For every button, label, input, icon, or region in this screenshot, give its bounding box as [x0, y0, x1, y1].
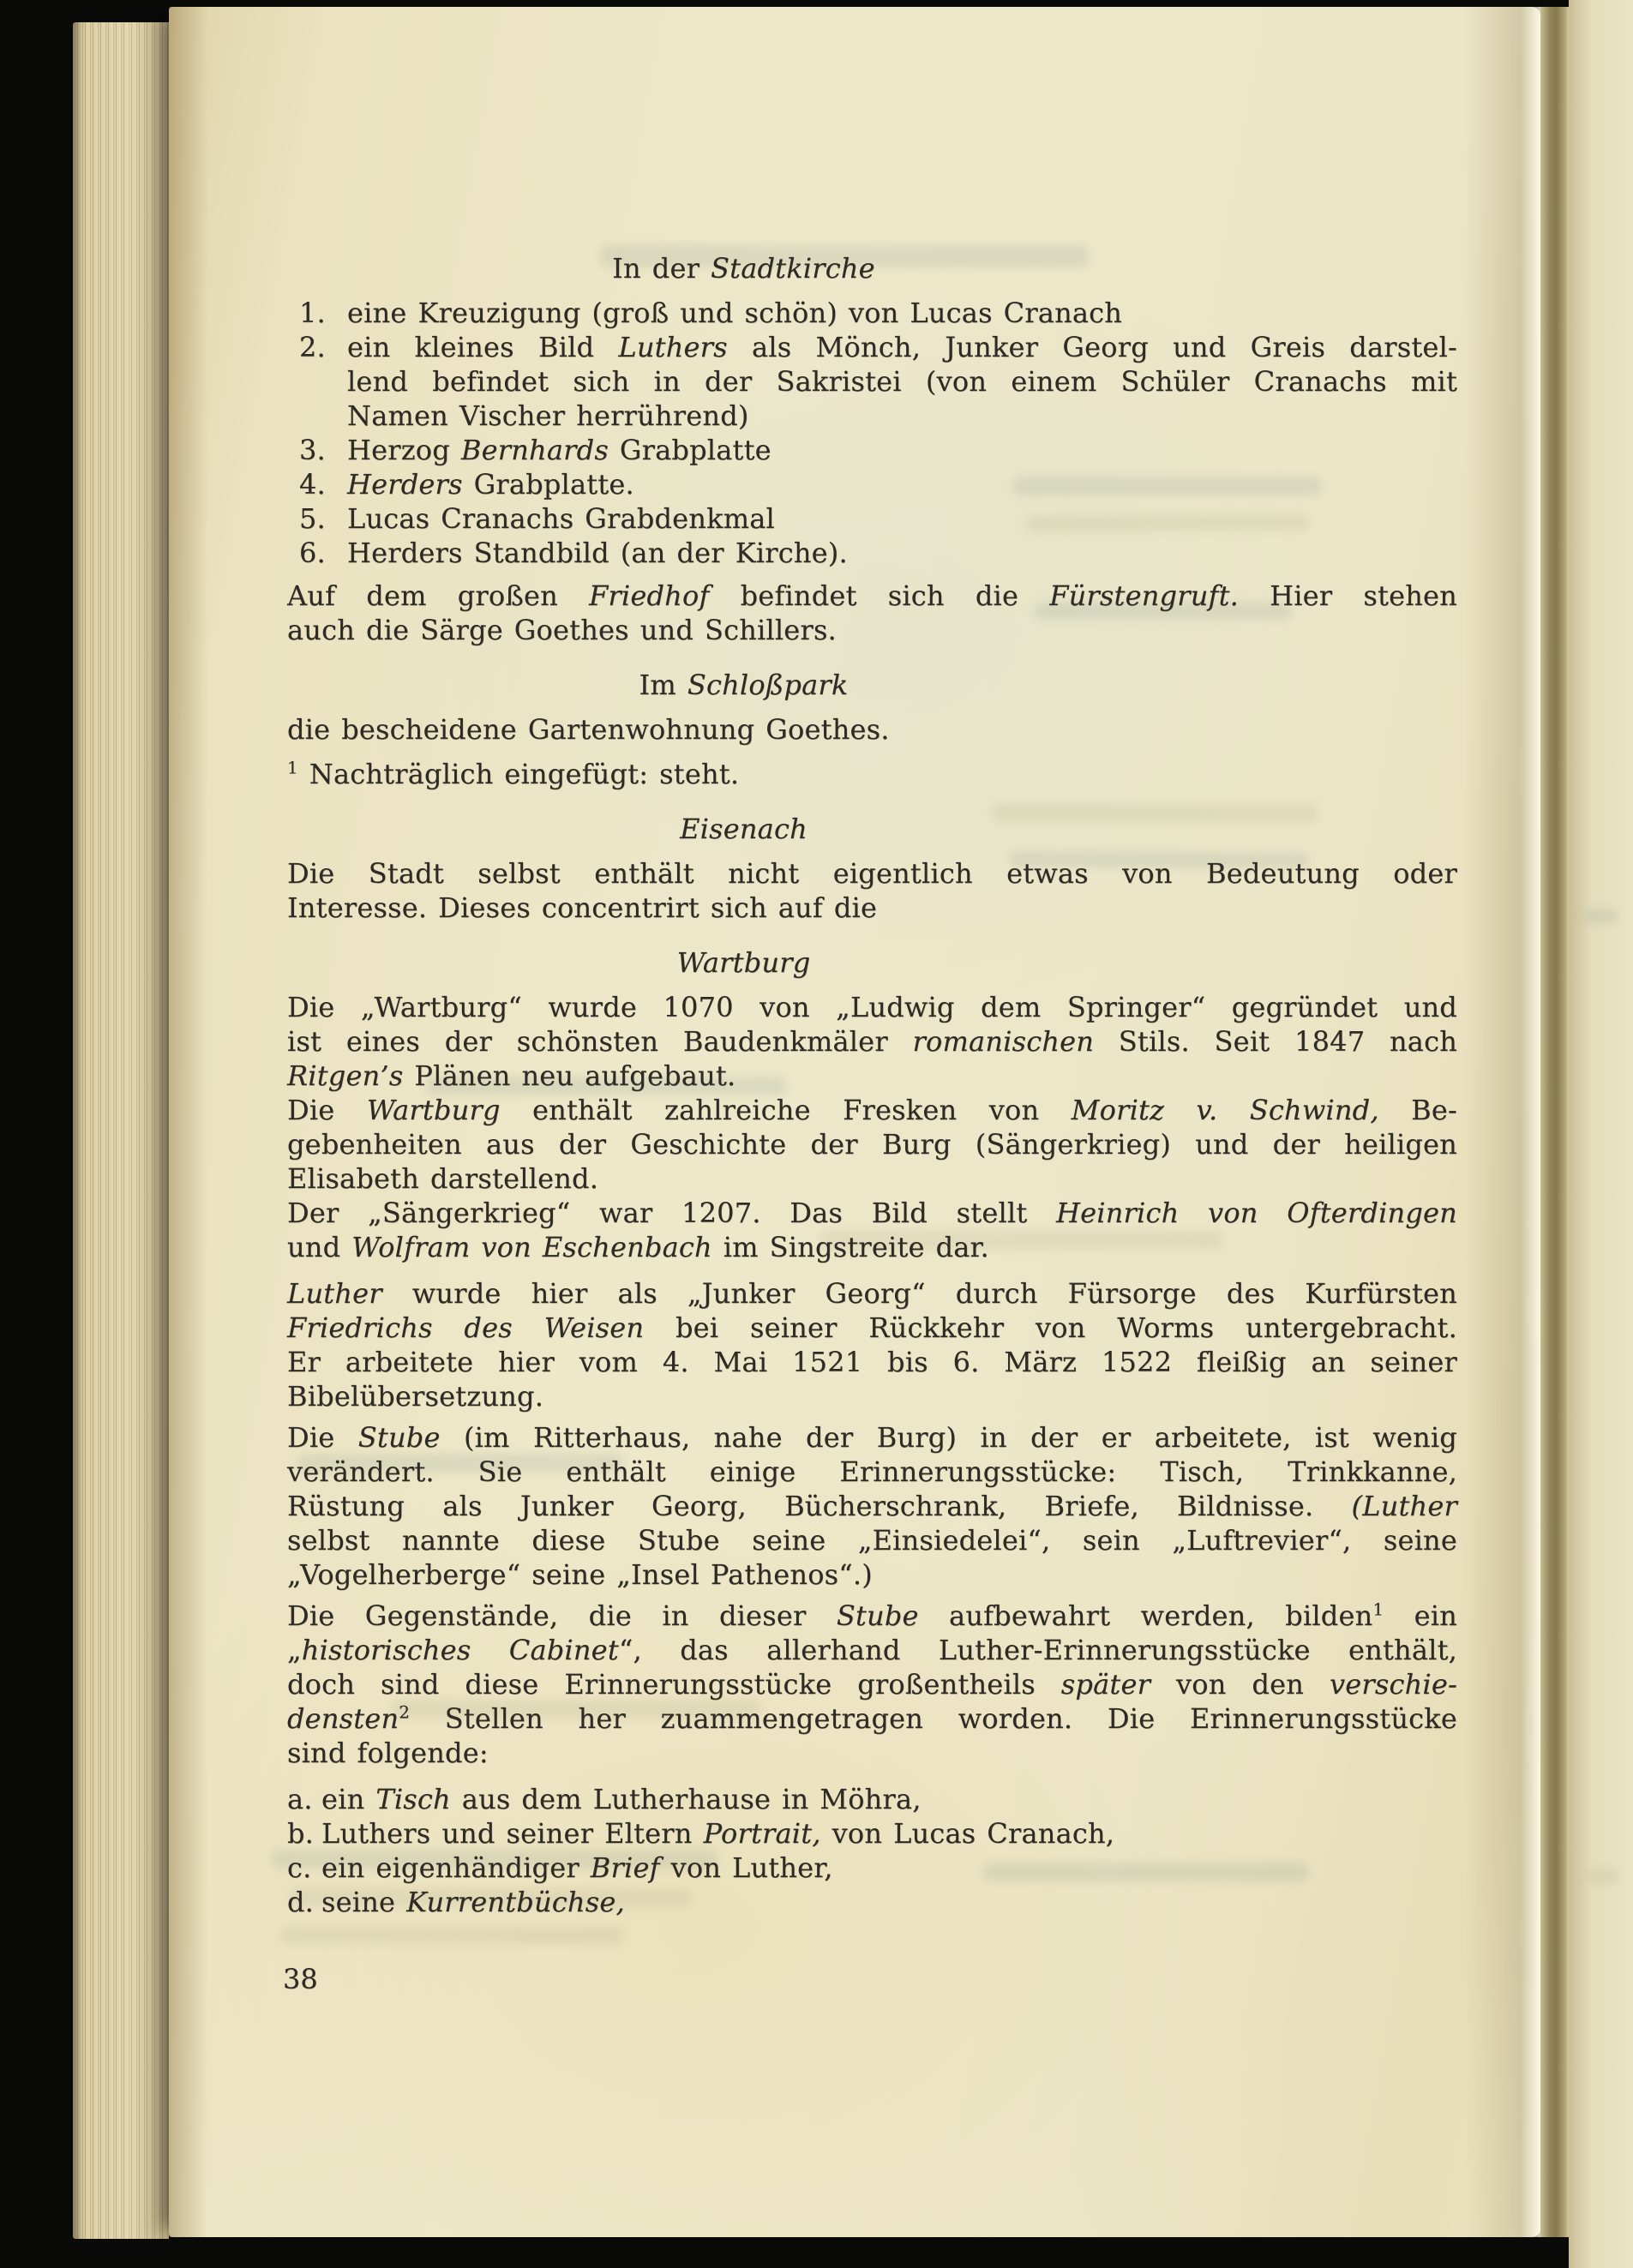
- text-run: Die Gegenstände, die in dieser: [287, 1599, 837, 1632]
- friedhof-paragraph: Auf dem großen Friedhof befindet sich di…: [287, 579, 1457, 647]
- list-item: 5.Lucas Cranachs Grabdenkmal: [299, 501, 1457, 536]
- text-run: im Singstreite dar.: [712, 1231, 989, 1263]
- text-run: Stube: [837, 1599, 919, 1632]
- text-line: Herders Grabplatte.: [347, 467, 1457, 501]
- luther-paragraph: Luther wurde hier als „Junker Georg“ dur…: [287, 1276, 1457, 1413]
- list-marker: 5.: [299, 501, 347, 536]
- text-line: Der „Sängerkrieg“ war 1207. Das Bild ste…: [287, 1196, 1457, 1230]
- text-run: Wartburg: [677, 946, 811, 979]
- text-run: Fürstengruft.: [1049, 579, 1239, 612]
- text-run: verändert. Sie enthält einige Erinnerung…: [287, 1455, 1457, 1488]
- text-run: von Luther,: [660, 1851, 833, 1884]
- text-line: Namen Vischer herrührend): [347, 399, 1457, 433]
- text-run: Wolfram von Eschenbach: [351, 1231, 712, 1263]
- heading-wartburg: Wartburg: [159, 945, 1329, 980]
- text-line: ein kleines Bild Luthers als Mönch, Junk…: [347, 330, 1457, 364]
- text-run: 1: [1372, 1599, 1384, 1619]
- list-marker: 4.: [299, 467, 347, 501]
- text-run: Stadtkirche: [711, 252, 875, 285]
- text-run: Stellen her zuammengetragen worden. Die …: [410, 1702, 1457, 1735]
- text-run: Interesse. Dieses concentrirt sich auf d…: [287, 891, 877, 924]
- text-line: Die „Wartburg“ wurde 1070 von „Ludwig de…: [287, 990, 1457, 1024]
- text-run: seine: [321, 1886, 406, 1918]
- list-item: a.ein Tisch aus dem Lutherhause in Möhra…: [287, 1782, 1457, 1816]
- text-run: Luther: [287, 1277, 382, 1310]
- eisenach-paragraph: Die Stadt selbst enthält nicht eigentlic…: [287, 856, 1457, 925]
- text-run: “, das allerhand Luther-Erinnerungsstück…: [619, 1634, 1457, 1666]
- text-run: Tisch: [375, 1783, 451, 1815]
- text-run: Stube: [358, 1421, 441, 1454]
- text-line: „historisches Cabinet“, das allerhand Lu…: [287, 1633, 1457, 1667]
- text-run: doch sind diese Erinnerungsstücke großen…: [287, 1668, 1061, 1701]
- list-item: 4.Herders Grabplatte.: [299, 467, 1457, 501]
- text-line: Auf dem großen Friedhof befindet sich di…: [287, 579, 1457, 613]
- bleed-through-mark: [280, 1927, 623, 1944]
- list-marker: 2.: [299, 330, 347, 433]
- text-run: Herders Standbild (an der Kirche).: [347, 537, 848, 569]
- bleed-through-mark: [1584, 909, 1618, 924]
- text-line: Die Gegenstände, die in dieser Stube auf…: [287, 1599, 1457, 1633]
- text-run: „Vogelherberge“ seine „Insel Pathenos“.): [287, 1558, 873, 1591]
- list-item: b.Luthers und seiner Eltern Portrait, vo…: [287, 1816, 1457, 1851]
- saengerkrieg-paragraph: Der „Sängerkrieg“ war 1207. Das Bild ste…: [287, 1196, 1457, 1264]
- text-run: Herders: [347, 468, 463, 501]
- text-line: ist eines der schönsten Baudenkmäler rom…: [287, 1024, 1457, 1059]
- text-run: Im: [639, 669, 687, 701]
- text-line: auch die Särge Goethes und Schillers.: [287, 613, 1457, 647]
- list-item-text: Herders Standbild (an der Kirche).: [347, 536, 1457, 570]
- text-run: ein: [1384, 1599, 1457, 1632]
- text-run: Hier stehen: [1239, 579, 1457, 612]
- list-marker: 3.: [299, 433, 347, 467]
- text-line: ein Tisch aus dem Lutherhause in Möhra,: [321, 1782, 1457, 1816]
- text-run: Be-: [1379, 1094, 1457, 1126]
- text-run: Die: [287, 1094, 367, 1126]
- text-run: Namen Vischer herrührend): [347, 399, 749, 432]
- text-run: (Luther: [1352, 1490, 1457, 1522]
- text-run: Luthers und seiner Eltern: [321, 1817, 704, 1850]
- text-run: enthält zahlreiche Fresken von: [501, 1094, 1072, 1126]
- list-marker: 6.: [299, 536, 347, 570]
- text-line: ein eigenhändiger Brief von Luther,: [321, 1851, 1457, 1885]
- text-run: Ritgen’s: [287, 1059, 403, 1092]
- list-marker: c.: [287, 1851, 321, 1885]
- text-line: Herders Standbild (an der Kirche).: [347, 536, 1457, 570]
- text-run: und: [287, 1231, 351, 1263]
- text-run: sind folgende:: [287, 1737, 489, 1769]
- text-run: ein kleines Bild: [347, 331, 618, 363]
- text-line: Rüstung als Junker Georg, Bücherschrank,…: [287, 1489, 1457, 1523]
- list-item-text: eine Kreuzigung (groß und schön) von Luc…: [347, 296, 1457, 330]
- text-line: eine Kreuzigung (groß und schön) von Luc…: [347, 296, 1457, 330]
- list-item-text: ein kleines Bild Luthers als Mönch, Junk…: [347, 330, 1457, 433]
- text-run: romanischen: [913, 1025, 1095, 1058]
- text-run: Portrait,: [704, 1817, 821, 1850]
- text-run: 2: [399, 1702, 410, 1722]
- heading-eisenach: Eisenach: [159, 812, 1329, 846]
- bleed-through-mark: [1588, 1869, 1618, 1884]
- text-run: selbst nannte diese Stube seine „Einsied…: [287, 1524, 1457, 1557]
- gutter-shadow: [1540, 7, 1569, 2237]
- wartburg-founding-paragraph: Die „Wartburg“ wurde 1070 von „Ludwig de…: [287, 990, 1457, 1093]
- list-marker: d.: [287, 1885, 321, 1919]
- text-run: Auf dem großen: [287, 579, 589, 612]
- text-run: historisches Cabinet: [302, 1634, 619, 1666]
- list-item-text: Herzog Bernhards Grabplatte: [347, 433, 1457, 467]
- footnote-1: 1 Nachträglich eingefügt: steht.: [287, 757, 1457, 791]
- text-run: Die „Wartburg“ wurde 1070 von „Ludwig de…: [287, 991, 1457, 1023]
- text-line: Die Stadt selbst enthält nicht eigentlic…: [287, 856, 1457, 891]
- text-run: ein eigenhändiger: [321, 1851, 591, 1884]
- text-run: densten: [287, 1702, 399, 1735]
- list-item: 6.Herders Standbild (an der Kirche).: [299, 536, 1457, 570]
- text-line: 1 Nachträglich eingefügt: steht.: [287, 757, 1457, 791]
- text-run: Luthers: [618, 331, 727, 363]
- gegenstaende-paragraph: Die Gegenstände, die in dieser Stube auf…: [287, 1599, 1457, 1770]
- text-run: aus dem Lutherhause in Möhra,: [451, 1783, 922, 1815]
- text-run: befindet sich die: [710, 579, 1050, 612]
- text-run: ein: [321, 1783, 375, 1815]
- text-run: später: [1061, 1668, 1150, 1701]
- list-marker: b.: [287, 1816, 321, 1851]
- text-run: Elisabeth darstellend.: [287, 1162, 598, 1195]
- text-run: Brief: [591, 1851, 660, 1884]
- list-item: c.ein eigenhändiger Brief von Luther,: [287, 1851, 1457, 1885]
- list-item: 2.ein kleines Bild Luthers als Mönch, Ju…: [299, 330, 1457, 433]
- text-run: Der „Sängerkrieg“ war 1207. Das Bild ste…: [287, 1197, 1056, 1229]
- text-line: densten2 Stellen her zuammengetragen wor…: [287, 1701, 1457, 1736]
- heading-schlosspark: Im Schloßpark: [159, 668, 1329, 702]
- text-line: Lucas Cranachs Grabdenkmal: [347, 501, 1457, 536]
- text-line: Friedrichs des Weisen bei seiner Rückkeh…: [287, 1311, 1457, 1345]
- text-run: wurde hier als „Junker Georg“ durch Fürs…: [382, 1277, 1457, 1310]
- text-line: „Vogelherberge“ seine „Insel Pathenos“.): [287, 1557, 1457, 1592]
- text-run: lend befindet sich in der Sakristei (von…: [347, 365, 1457, 398]
- list-item: 1.eine Kreuzigung (groß und schön) von L…: [299, 296, 1457, 330]
- text-run: ist eines der schönsten Baudenkmäler: [287, 1025, 913, 1058]
- text-run: Bernhards: [461, 434, 609, 466]
- text-line: Herzog Bernhards Grabplatte: [347, 433, 1457, 467]
- text-run: Kurrentbüchse,: [406, 1886, 625, 1918]
- scanned-book-photo: In der Stadtkirche1.eine Kreuzigung (gro…: [0, 0, 1633, 2268]
- text-run: (im Ritterhaus, nahe der Burg) in der er…: [441, 1421, 1457, 1454]
- text-run: die bescheidene Gartenwohnung Goethes.: [287, 713, 890, 746]
- text-run: Rüstung als Junker Georg, Bücherschrank,…: [287, 1490, 1352, 1522]
- text-run: Friedrichs des Weisen: [287, 1311, 644, 1344]
- text-run: Stils. Seit 1847 nach: [1094, 1025, 1457, 1058]
- text-run: Die: [287, 1421, 358, 1454]
- text-run: Friedhof: [589, 579, 709, 612]
- adjacent-page-sliver: [1569, 0, 1633, 2268]
- text-run: Lucas Cranachs Grabdenkmal: [347, 502, 775, 535]
- text-run: Er arbeitete hier vom 4. Mai 1521 bis 6.…: [287, 1346, 1457, 1378]
- text-run: verschie-: [1330, 1668, 1457, 1701]
- text-line: Ritgen’s Plänen neu aufgebaut.: [287, 1059, 1457, 1093]
- list-item-text: Luthers und seiner Eltern Portrait, von …: [321, 1816, 1457, 1851]
- list-item: 3.Herzog Bernhards Grabplatte: [299, 433, 1457, 467]
- stube-paragraph: Die Stube (im Ritterhaus, nahe der Burg)…: [287, 1420, 1457, 1592]
- text-run: bei seiner Rückkehr von Worms untergebra…: [644, 1311, 1457, 1344]
- text-line: Interesse. Dieses concentrirt sich auf d…: [287, 891, 1457, 925]
- text-run: als Mönch, Junker Georg und Greis darste…: [728, 331, 1457, 363]
- page-stack-fore-edges: [73, 22, 169, 2239]
- text-run: Nachträglich eingefügt: steht.: [298, 758, 739, 790]
- text-run: Grabplatte.: [463, 468, 634, 501]
- text-line: Die Wartburg enthält zahlreiche Fresken …: [287, 1093, 1457, 1127]
- text-run: Moritz v. Schwind,: [1072, 1094, 1379, 1126]
- text-run: 1: [287, 758, 298, 777]
- text-run: gebenheiten aus der Geschichte der Burg …: [287, 1128, 1457, 1161]
- list-item-text: Herders Grabplatte.: [347, 467, 1457, 501]
- text-run: eine Kreuzigung (groß und schön) von Luc…: [347, 297, 1122, 329]
- text-run: Heinrich von Ofterdingen: [1056, 1197, 1457, 1229]
- text-run: Grabplatte: [609, 434, 771, 466]
- wartburg-fresken-paragraph: Die Wartburg enthält zahlreiche Fresken …: [287, 1093, 1457, 1196]
- text-run: von den: [1150, 1668, 1330, 1701]
- text-run: In der: [612, 252, 711, 285]
- text-run: Eisenach: [680, 813, 807, 845]
- book-page: In der Stadtkirche1.eine Kreuzigung (gro…: [169, 7, 1540, 2237]
- text-line: seine Kurrentbüchse,: [321, 1885, 1457, 1919]
- text-run: von Lucas Cranach,: [821, 1817, 1114, 1850]
- text-line: sind folgende:: [287, 1736, 1457, 1770]
- text-line: gebenheiten aus der Geschichte der Burg …: [287, 1127, 1457, 1161]
- text-run: Die Stadt selbst enthält nicht eigentlic…: [287, 857, 1457, 890]
- text-run: Bibelübersetzung.: [287, 1380, 543, 1413]
- list-item-text: ein Tisch aus dem Lutherhause in Möhra,: [321, 1782, 1457, 1816]
- list-item-text: ein eigenhändiger Brief von Luther,: [321, 1851, 1457, 1885]
- text-line: Er arbeitete hier vom 4. Mai 1521 bis 6.…: [287, 1345, 1457, 1379]
- page-number: 38: [283, 1963, 318, 1995]
- text-line: Luther wurde hier als „Junker Georg“ dur…: [287, 1276, 1457, 1311]
- text-line: doch sind diese Erinnerungsstücke großen…: [287, 1667, 1457, 1701]
- list-item-text: seine Kurrentbüchse,: [321, 1885, 1457, 1919]
- text-run: Herzog: [347, 434, 461, 466]
- text-line: Die Stube (im Ritterhaus, nahe der Burg)…: [287, 1420, 1457, 1455]
- text-line: Bibelübersetzung.: [287, 1379, 1457, 1413]
- list-marker: a.: [287, 1782, 321, 1816]
- text-run: Plänen neu aufgebaut.: [403, 1059, 735, 1092]
- text-line: verändert. Sie enthält einige Erinnerung…: [287, 1455, 1457, 1489]
- text-line: selbst nannte diese Stube seine „Einsied…: [287, 1523, 1457, 1557]
- text-line: und Wolfram von Eschenbach im Singstreit…: [287, 1230, 1457, 1264]
- text-line: Luthers und seiner Eltern Portrait, von …: [321, 1816, 1457, 1851]
- list-item-text: Lucas Cranachs Grabdenkmal: [347, 501, 1457, 536]
- text-line: Elisabeth darstellend.: [287, 1161, 1457, 1196]
- schlosspark-paragraph: die bescheidene Gartenwohnung Goethes.: [287, 712, 1457, 747]
- page-text: In der Stadtkirche1.eine Kreuzigung (gro…: [287, 251, 1457, 1919]
- list-marker: 1.: [299, 296, 347, 330]
- heading-stadtkirche: In der Stadtkirche: [159, 251, 1329, 285]
- list-item: d.seine Kurrentbüchse,: [287, 1885, 1457, 1919]
- text-run: „: [287, 1634, 302, 1666]
- text-line: die bescheidene Gartenwohnung Goethes.: [287, 712, 1457, 747]
- text-run: auch die Särge Goethes und Schillers.: [287, 614, 837, 646]
- text-run: Wartburg: [367, 1094, 501, 1126]
- text-run: Schloßpark: [687, 669, 849, 701]
- text-line: lend befindet sich in der Sakristei (von…: [347, 364, 1457, 399]
- text-run: aufbewahrt werden, bilden: [919, 1599, 1373, 1632]
- stadtkirche-list: 1.eine Kreuzigung (groß und schön) von L…: [299, 296, 1457, 570]
- erinnerungsstuecke-list: a.ein Tisch aus dem Lutherhause in Möhra…: [287, 1782, 1457, 1919]
